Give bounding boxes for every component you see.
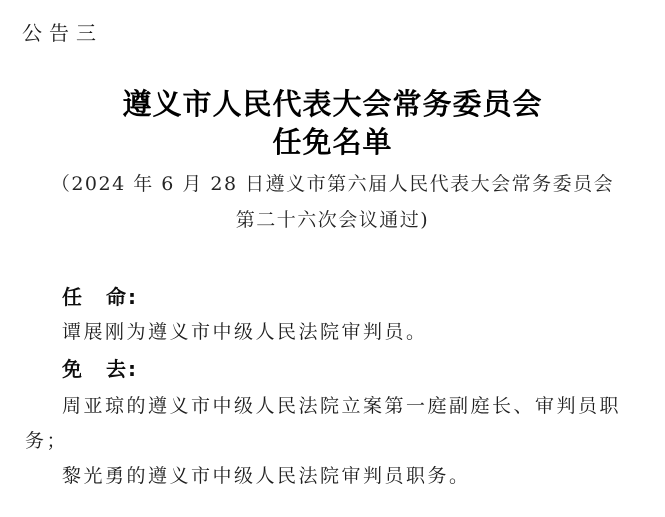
removal-item-1-line1: 周亚琼的遵义市中级人民法院立案第一庭副庭长、审判员职	[25, 391, 621, 418]
notice-number-label: 公告三	[22, 17, 103, 46]
document-title-line2: 任免名单	[0, 120, 665, 161]
document-page: 公告三 遵义市人民代表大会常务委员会 任免名单 （2024 年 6 月 28 日…	[0, 0, 665, 517]
removal-section-heading: 免 去:	[25, 353, 138, 382]
document-subtitle-date-line: （2024 年 6 月 28 日遵义市第六届人民代表大会常务委员会	[0, 169, 665, 196]
document-subtitle-session-line: 第二十六次会议通过)	[0, 205, 665, 232]
appointment-section-heading: 任 命:	[25, 281, 138, 310]
removal-item-2: 黎光勇的遵义市中级人民法院审判员职务。	[25, 461, 471, 488]
appointment-item: 谭展刚为遵义市中级人民法院审判员。	[25, 317, 428, 344]
removal-item-1-line2: 务；	[25, 426, 68, 453]
document-title-line1: 遵义市人民代表大会常务委员会	[0, 82, 665, 123]
